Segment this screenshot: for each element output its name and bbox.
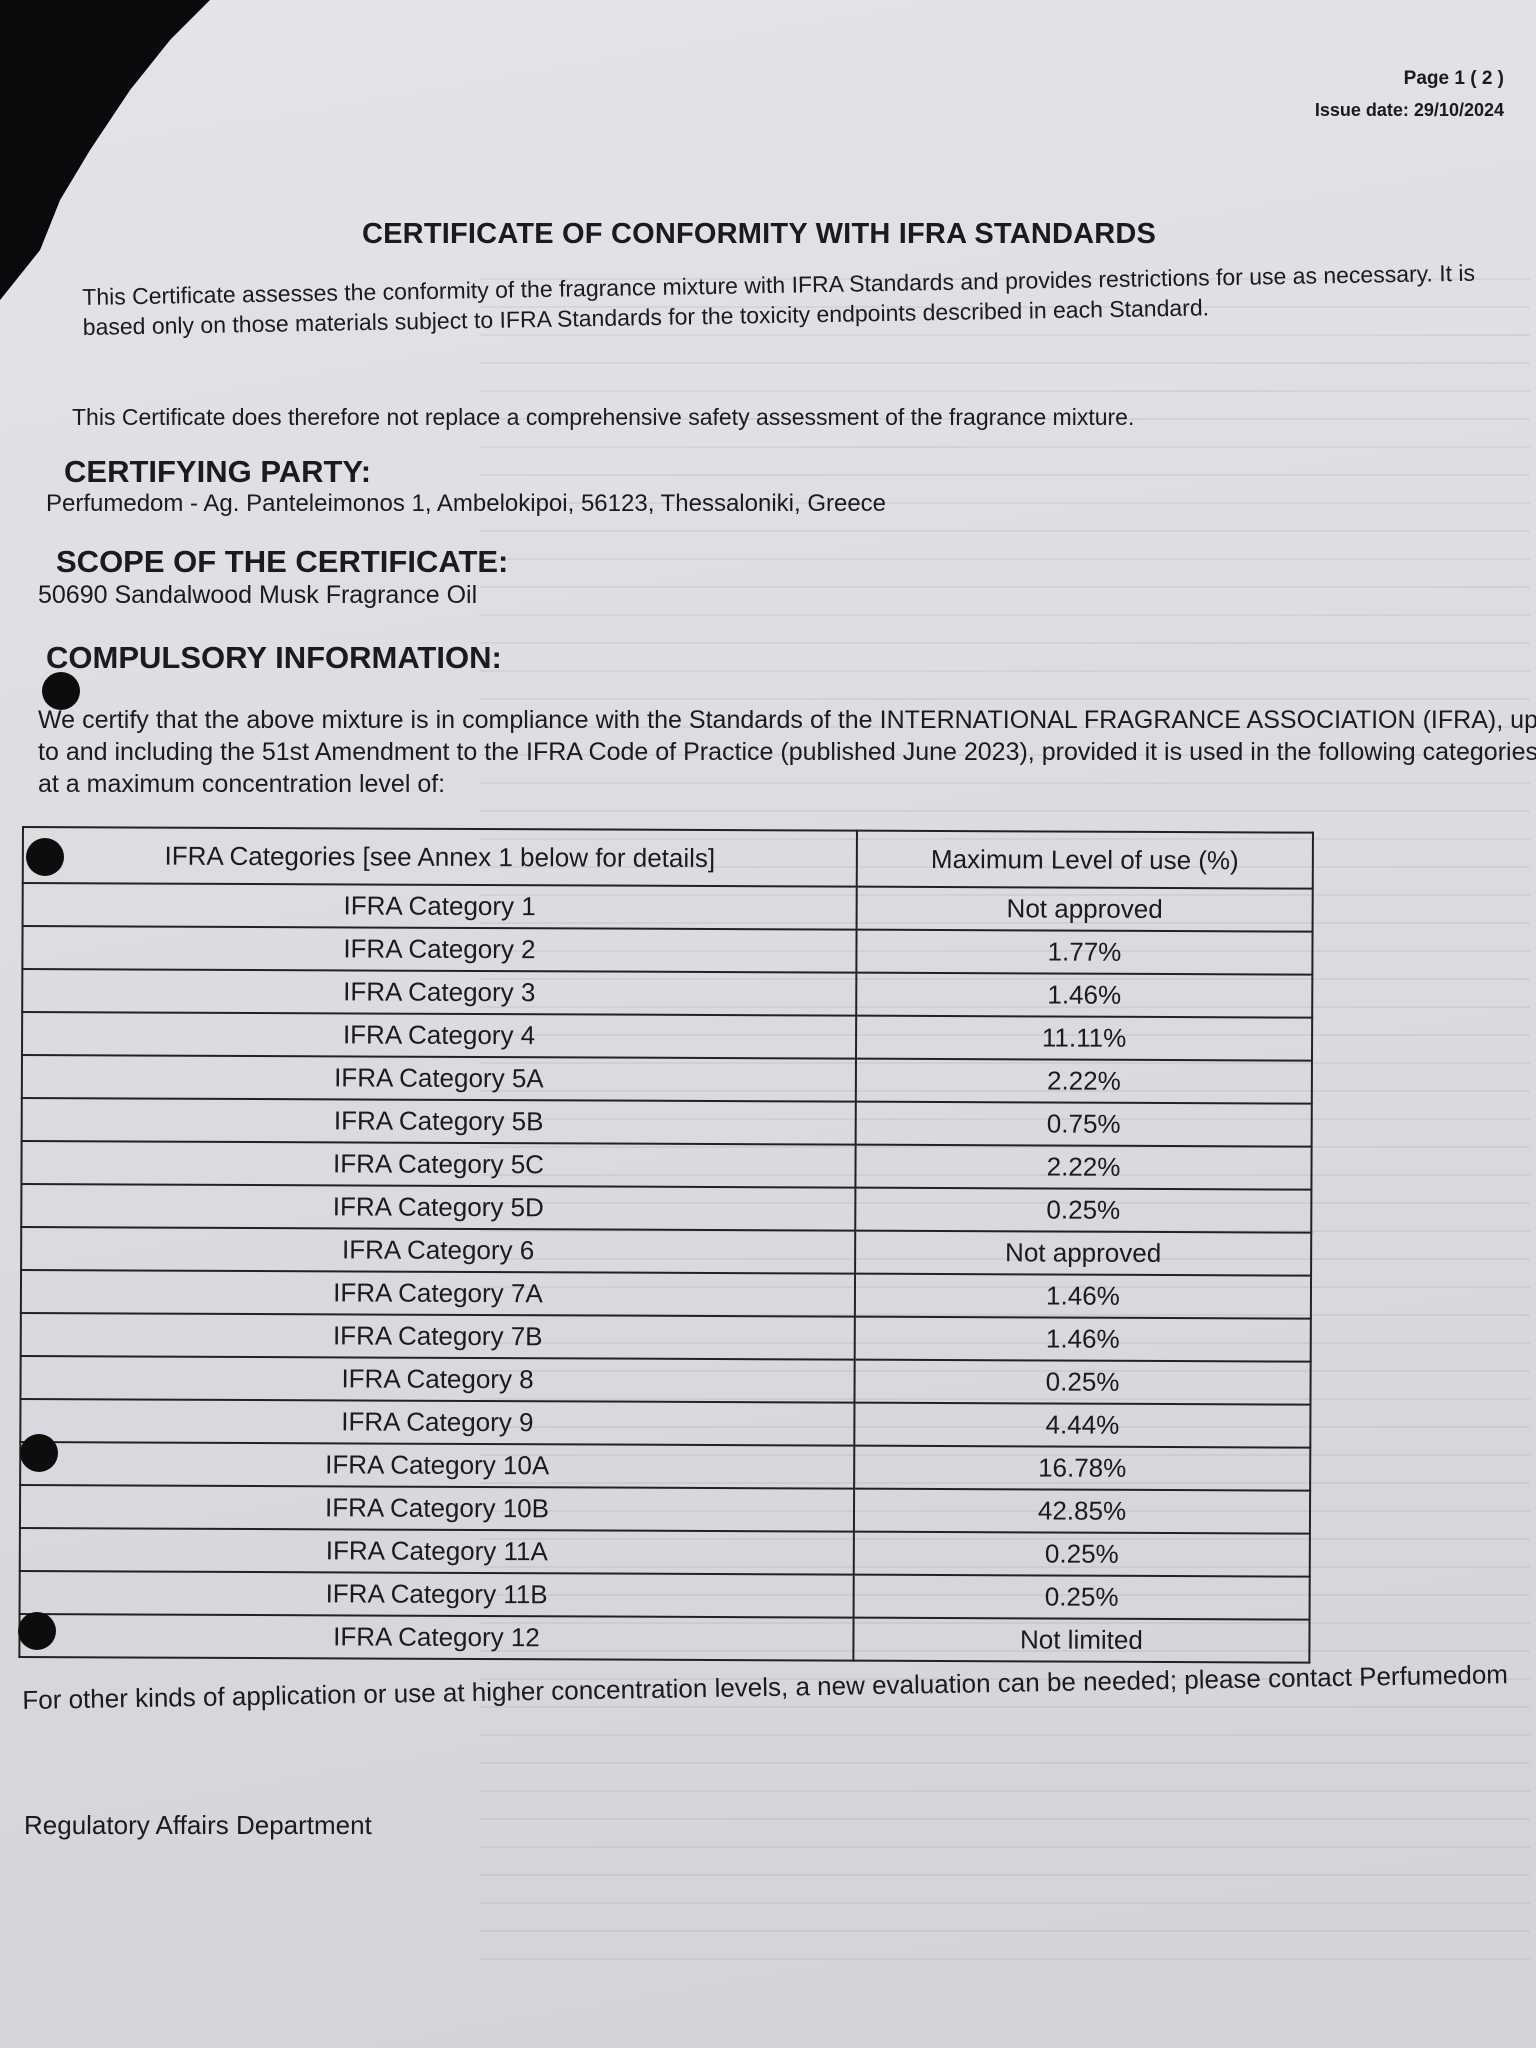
certifying-party-text: Perfumedom - Ag. Panteleimonos 1, Ambelo… [46,490,886,518]
compliance-statement: We certify that the above mixture is in … [38,704,1536,800]
category-cell: IFRA Category 5A [22,1055,856,1102]
category-cell: IFRA Category 8 [20,1356,854,1403]
category-cell: IFRA Category 1 [23,883,857,930]
ifra-table: IFRA Categories [see Annex 1 below for d… [18,826,1314,1664]
punch-hole [42,672,80,710]
table-row: IFRA Category 94.44% [20,1399,1310,1448]
category-cell: IFRA Category 4 [22,1012,856,1059]
category-cell: IFRA Category 10A [20,1442,854,1489]
category-cell: IFRA Category 9 [20,1399,854,1446]
category-cell: IFRA Category 12 [19,1614,853,1661]
column-header-max-level: Maximum Level of use (%) [857,831,1313,889]
category-cell: IFRA Category 2 [22,926,856,973]
max-level-cell: Not limited [853,1618,1309,1663]
table-row: IFRA Category 11B0.25% [20,1571,1310,1620]
max-level-cell: 0.25% [854,1360,1310,1405]
document-title: CERTIFICATE OF CONFORMITY WITH IFRA STAN… [362,218,1156,251]
table-row: IFRA Category 5D0.25% [21,1184,1311,1233]
category-cell: IFRA Category 11B [20,1571,854,1618]
table-row: IFRA Category 1Not approved [23,883,1313,932]
table-row: IFRA Category 5C2.22% [21,1141,1311,1190]
max-level-cell: 0.25% [854,1532,1310,1577]
issue-date: Issue date: 29/10/2024 [1315,100,1504,121]
max-level-cell: 0.25% [854,1575,1310,1620]
max-level-cell: 2.22% [855,1145,1311,1190]
table-row: IFRA Category 10A16.78% [20,1442,1310,1491]
max-level-cell: 1.46% [855,1317,1311,1362]
table-row: IFRA Category 7A1.46% [21,1270,1311,1319]
table-row: IFRA Category 80.25% [20,1356,1310,1405]
punch-hole [20,1434,58,1472]
document-page: Page 1 ( 2 ) Issue date: 29/10/2024 CERT… [0,0,1536,2048]
table-row: IFRA Category 5B0.75% [22,1098,1312,1147]
disclaimer-paragraph: This Certificate does therefore not repl… [72,402,1134,432]
table-row: IFRA Category 31.46% [22,969,1312,1018]
table-row: IFRA Category 411.11% [22,1012,1312,1061]
table-header-row: IFRA Categories [see Annex 1 below for d… [23,827,1313,889]
table-row: IFRA Category 11A0.25% [20,1528,1310,1577]
max-level-cell: 42.85% [854,1489,1310,1534]
category-cell: IFRA Category 7A [21,1270,855,1317]
category-cell: IFRA Category 3 [22,969,856,1016]
max-level-cell: Not approved [857,887,1313,932]
scope-heading: SCOPE OF THE CERTIFICATE: [56,544,508,580]
max-level-cell: 1.46% [856,973,1312,1018]
max-level-cell: 2.22% [856,1059,1312,1104]
table-row: IFRA Category 12Not limited [19,1614,1309,1663]
column-header-category: IFRA Categories [see Annex 1 below for d… [23,827,857,887]
department-signature: Regulatory Affairs Department [24,1810,372,1841]
table-row: IFRA Category 10B42.85% [20,1485,1310,1534]
category-cell: IFRA Category 10B [20,1485,854,1532]
max-level-cell: Not approved [855,1231,1311,1276]
max-level-cell: 0.25% [855,1188,1311,1233]
certifying-party-heading: CERTIFYING PARTY: [64,454,371,490]
punch-hole [26,838,64,876]
category-cell: IFRA Category 7B [21,1313,855,1360]
max-level-cell: 0.75% [856,1102,1312,1147]
table-row: IFRA Category 6Not approved [21,1227,1311,1276]
page-number: Page 1 ( 2 ) [1404,68,1504,90]
scope-text: 50690 Sandalwood Musk Fragrance Oil [38,581,477,610]
table-row: IFRA Category 21.77% [22,926,1312,975]
max-level-cell: 16.78% [854,1446,1310,1491]
max-level-cell: 4.44% [854,1403,1310,1448]
category-cell: IFRA Category 5B [22,1098,856,1145]
max-level-cell: 1.77% [856,930,1312,975]
compulsory-heading: COMPULSORY INFORMATION: [46,640,502,676]
max-level-cell: 1.46% [855,1274,1311,1319]
max-level-cell: 11.11% [856,1016,1312,1061]
category-cell: IFRA Category 11A [20,1528,854,1575]
table-row: IFRA Category 7B1.46% [21,1313,1311,1362]
punch-hole [18,1612,56,1650]
category-cell: IFRA Category 5D [21,1184,855,1231]
table-row: IFRA Category 5A2.22% [22,1055,1312,1104]
category-cell: IFRA Category 6 [21,1227,855,1274]
category-cell: IFRA Category 5C [21,1141,855,1188]
